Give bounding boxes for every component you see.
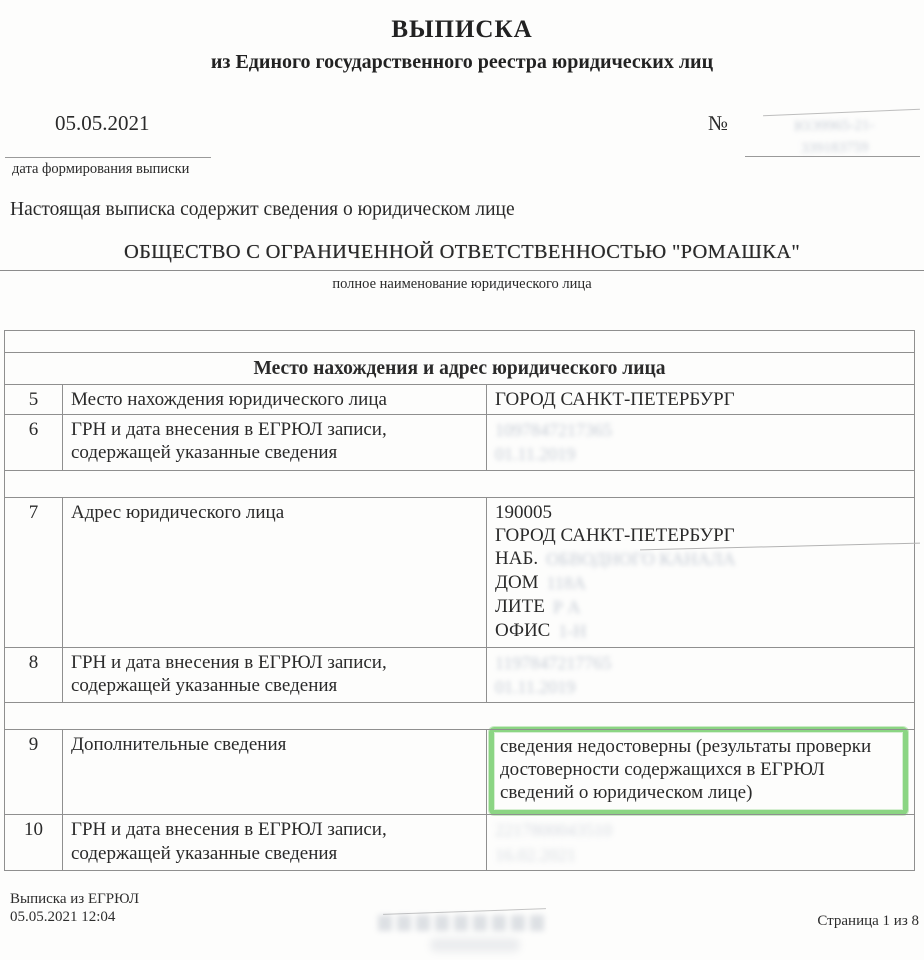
table-empty-top-row xyxy=(5,331,915,353)
table-section-header-row: Место нахождения и адрес юридического ли… xyxy=(5,353,915,385)
footer-doc-type: Выписка из ЕГРЮЛ xyxy=(10,891,139,909)
footer-timestamp: 05.05.2021 12:04 xyxy=(10,909,139,927)
document-number-redacted-line1: ЮЭ9965-21- xyxy=(794,117,875,134)
footer-page-indicator: Страница 1 из 8 xyxy=(817,913,919,930)
section-title: Место нахождения и адрес юридического ли… xyxy=(5,353,915,385)
company-name-underline xyxy=(0,270,924,271)
company-name: ОБЩЕСТВО С ОГРАНИЧЕННОЙ ОТВЕТСТВЕННОСТЬЮ… xyxy=(0,241,924,264)
table-row: 10 ГРН и дата внесения в ЕГРЮЛ записи, с… xyxy=(5,815,915,871)
company-name-caption: полное наименование юридического лица xyxy=(0,276,924,293)
number-field-underline xyxy=(745,156,920,157)
row-label: ГРН и дата внесения в ЕГРЮЛ записи, соде… xyxy=(63,647,487,703)
row-label: ГРН и дата внесения в ЕГРЮЛ записи, соде… xyxy=(63,815,487,871)
table-row: 6 ГРН и дата внесения в ЕГРЮЛ записи, со… xyxy=(5,414,915,470)
unreliability-note: сведения недостоверны (результаты провер… xyxy=(500,735,897,804)
row-number: 7 xyxy=(5,497,63,647)
row-value-highlighted: сведения недостоверны (результаты провер… xyxy=(487,730,915,815)
scan-smudge xyxy=(430,938,520,952)
row-number: 10 xyxy=(5,815,63,871)
document-title: ВЫПИСКА xyxy=(0,16,924,44)
location-address-table: Место нахождения и адрес юридического ли… xyxy=(4,330,915,871)
table-row: 8 ГРН и дата внесения в ЕГРЮЛ записи, со… xyxy=(5,647,915,703)
row-value-redacted: 1197847217765 01.11.2019 xyxy=(487,647,915,703)
table-spacer-row xyxy=(5,703,915,730)
number-sign: № xyxy=(708,111,728,136)
row-number: 5 xyxy=(5,384,63,414)
row-number: 8 xyxy=(5,647,63,703)
table-spacer-row xyxy=(5,470,915,497)
scan-smudge xyxy=(378,915,548,931)
table-row: 5 Место нахождения юридического лица ГОР… xyxy=(5,384,915,414)
scanned-document-page: ВЫПИСКА из Единого государственного реес… xyxy=(0,0,924,960)
scan-artifact-line xyxy=(383,908,546,915)
row-value-redacted: 2217800043510 16.02.2021 xyxy=(487,815,915,871)
formation-date: 05.05.2021 xyxy=(55,111,150,136)
row-label: ГРН и дата внесения в ЕГРЮЛ записи, соде… xyxy=(63,414,487,470)
green-highlight-marker: сведения недостоверны (результаты провер… xyxy=(489,727,908,815)
formation-date-underline xyxy=(5,157,211,158)
document-subtitle: из Единого государственного реестра юрид… xyxy=(0,51,924,74)
row-value: ГОРОД САНКТ-ПЕТЕРБУРГ xyxy=(487,384,915,414)
row-number: 6 xyxy=(5,414,63,470)
row-label: Дополнительные сведения xyxy=(63,730,487,815)
table-row: 7 Адрес юридического лица 190005 ГОРОД С… xyxy=(5,497,915,647)
document-number-redacted-line2: 339183759 xyxy=(801,139,869,156)
formation-date-label: дата формирования выписки xyxy=(12,161,189,178)
table-row: 9 Дополнительные сведения сведения недос… xyxy=(5,730,915,815)
row-label: Место нахождения юридического лица xyxy=(63,384,487,414)
document-number-redacted: ЮЭ9965-21- 339183759 xyxy=(752,115,918,161)
row-value-redacted: 1097847217365 01.11.2019 xyxy=(487,414,915,470)
row-value-address: 190005 ГОРОД САНКТ-ПЕТЕРБУРГ НАБ.ОБВОДНО… xyxy=(487,497,915,647)
intro-text: Настоящая выписка содержит сведения о юр… xyxy=(10,199,515,221)
row-number: 9 xyxy=(5,730,63,815)
row-label: Адрес юридического лица xyxy=(63,497,487,647)
footer-left: Выписка из ЕГРЮЛ 05.05.2021 12:04 xyxy=(10,891,139,926)
